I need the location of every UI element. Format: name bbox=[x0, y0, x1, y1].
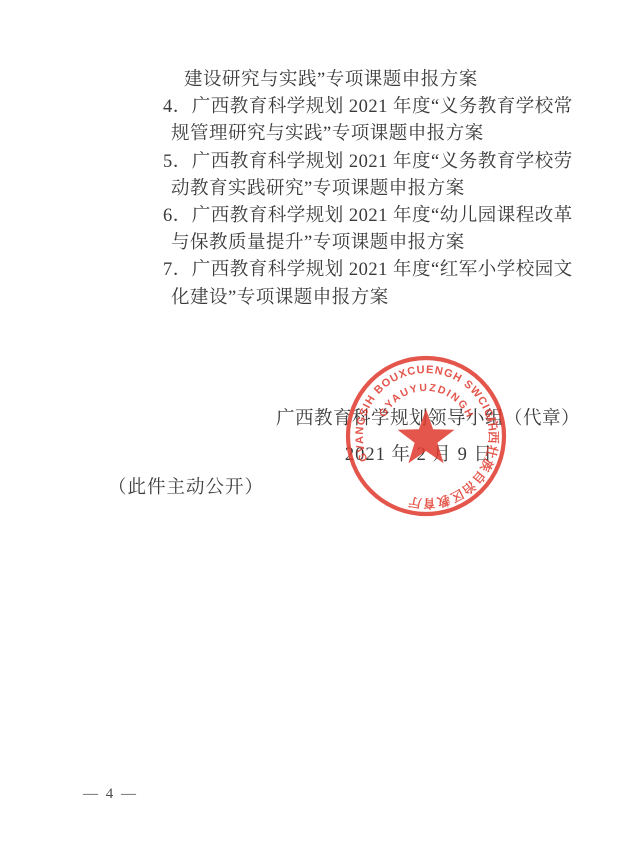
signature-block: 广西教育科学规划领导小组（代章） 2021 年 2 月 9 日 bbox=[276, 408, 562, 466]
body-line-item-4: 4．广西教育科学规划 2021 年度“义务教育学校常 bbox=[163, 94, 583, 121]
document-body: 建设研究与实践”专项课题申报方案 4．广西教育科学规划 2021 年度“义务教育… bbox=[163, 67, 583, 312]
signature-date: 2021 年 2 月 9 日 bbox=[276, 444, 562, 466]
document-page: 建设研究与实践”专项课题申报方案 4．广西教育科学规划 2021 年度“义务教育… bbox=[0, 0, 627, 857]
body-line-item-7: 7．广西教育科学规划 2021 年度“红军小学校园文 bbox=[163, 257, 583, 284]
body-line-item-6: 6．广西教育科学规划 2021 年度“幼儿园课程改革 bbox=[163, 203, 583, 230]
body-line: 与保教质量提升”专项课题申报方案 bbox=[163, 230, 583, 257]
page-number: — 4 — bbox=[83, 785, 138, 803]
body-line: 建设研究与实践”专项课题申报方案 bbox=[163, 67, 583, 94]
body-line: 化建设”专项课题申报方案 bbox=[163, 285, 583, 312]
public-disclosure-note: （此件主动公开） bbox=[108, 477, 264, 499]
body-line: 规管理研究与实践”专项课题申报方案 bbox=[163, 121, 583, 148]
signature-org: 广西教育科学规划领导小组（代章） bbox=[276, 408, 562, 430]
body-line: 动教育实践研究”专项课题申报方案 bbox=[163, 176, 583, 203]
body-line-item-5: 5．广西教育科学规划 2021 年度“义务教育学校劳 bbox=[163, 149, 583, 176]
